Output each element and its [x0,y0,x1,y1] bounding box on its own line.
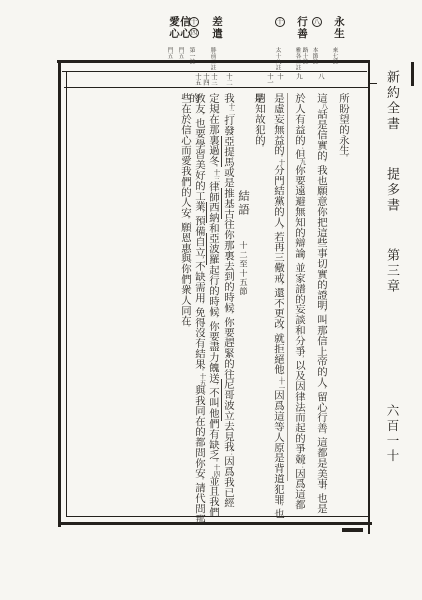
book-title-book: 提多書 [383,167,402,214]
punctuation-mark: ， [319,431,327,438]
punctuation-mark: ： [297,463,305,470]
punctuation-mark: ， [197,256,205,263]
proper-name: 尼哥波立 [221,379,233,421]
proper-name: 推基古 [221,188,233,219]
verse-number-label: 十一 [265,73,273,85]
verse-number-label: 十 [275,73,283,79]
punctuation-mark: 。 [197,477,205,484]
book-title-chapter: 第三章 [383,248,402,295]
header-gloss-note: 門五 [165,47,172,81]
punctuation-mark: 。 [257,144,265,151]
verse-label-strip-rule [64,87,369,88]
frame-left-thin-border [66,71,67,517]
punctuation-mark: ， [197,210,205,217]
verse-number-label: 十二 [224,73,232,85]
verse-label-strip-stub [369,83,377,84]
frame-left-thick-border [58,60,61,527]
punctuation-mark: ： [226,450,234,457]
punctuation-mark: ， [319,386,327,393]
verse-number-label: 八 [316,73,324,79]
inline-verse-marker: 十 [277,159,284,165]
punctuation-mark: ， [297,355,305,362]
inline-verse-marker: 十三 [212,169,219,182]
punctuation-mark: ， [197,301,205,308]
header-gloss-term: 行善 [294,16,309,40]
inline-verse-marker: 十五 [198,373,205,386]
book-page: 新約全書 提多書 第三章 六百一十 結語 十二至十五節 永生來七註八本節註行善路… [0,0,422,600]
punctuation-mark: ， [319,487,327,494]
punctuation-mark: ， [276,503,284,510]
section-heading-title: 結語 [237,190,249,217]
punctuation-mark: ， [319,309,327,316]
inline-verse-marker: 十四 [212,464,219,477]
punctuation-mark: ， [211,382,219,389]
circled-verse-number: 八 [312,17,322,27]
text-column: 於人有益的：但九你要遠避無知的辯論，並家譜的妄談和分爭，以及因律法而起的爭競：因… [289,93,308,525]
text-column: 是虛妄無益的。十分門結黨的人，若再三儆戒，還不更改，就拒絕他：十一因爲這等人原是… [268,93,287,525]
punctuation-mark: ， [297,257,305,264]
punctuation-mark: ， [211,315,219,322]
book-title-main: 新約全書 [385,70,400,132]
punctuation-mark: 。 [183,324,191,331]
fold-column-bottom-mark [342,528,363,532]
header-gloss-term: 愛心 [166,16,181,40]
text-column: 所盼望的永生。 [333,93,352,525]
page-edge-mark [411,62,414,86]
punctuation-mark: ， [276,327,284,334]
frame-right-border [368,60,370,534]
header-gloss-note: 來七註 [330,47,337,81]
verse-number-label: 十三 [209,73,217,85]
page-number: 六百一十 [383,404,401,464]
section-heading-range: 十二至十五節 [239,241,248,296]
inline-verse-marker: 九 [298,159,305,165]
punctuation-mark: 。 [341,154,349,161]
punctuation-mark: ， [276,282,284,289]
header-gloss-term: 永生 [331,16,346,40]
inline-verse-marker: 八 [320,103,327,109]
text-column: 些在於信心而愛我們的人安。願恩惠與你們衆人同在。 [175,93,194,525]
punctuation-mark: ， [197,112,205,119]
verse-number-label: 九 [294,73,302,79]
header-gloss-term: 差遣 [209,16,224,40]
punctuation-mark: ， [276,226,284,233]
punctuation-mark: ， [319,159,327,166]
verse-number-label: 十四 [201,73,209,85]
punctuation-mark: 。 [183,216,191,223]
inline-verse-marker: 十二 [227,103,234,116]
circled-verse-number: 十 [275,17,285,27]
book-title: 新約全書 提多書 第三章 [382,70,402,294]
header-gloss-note: 門五 [176,47,183,81]
proper-name: 亞提馬 [221,136,233,167]
verse-number-label: 十五 [193,73,201,85]
text-column: 明知故犯的。 [249,93,268,525]
text-column: 這八話是信實的，我也願意你把這些事切實的證明，叫那信上帝的人，留心行善，這都是美… [311,93,330,525]
punctuation-mark: ， [226,311,234,318]
punctuation-mark: ： [297,144,305,151]
inline-verse-marker: 十一 [277,378,284,391]
